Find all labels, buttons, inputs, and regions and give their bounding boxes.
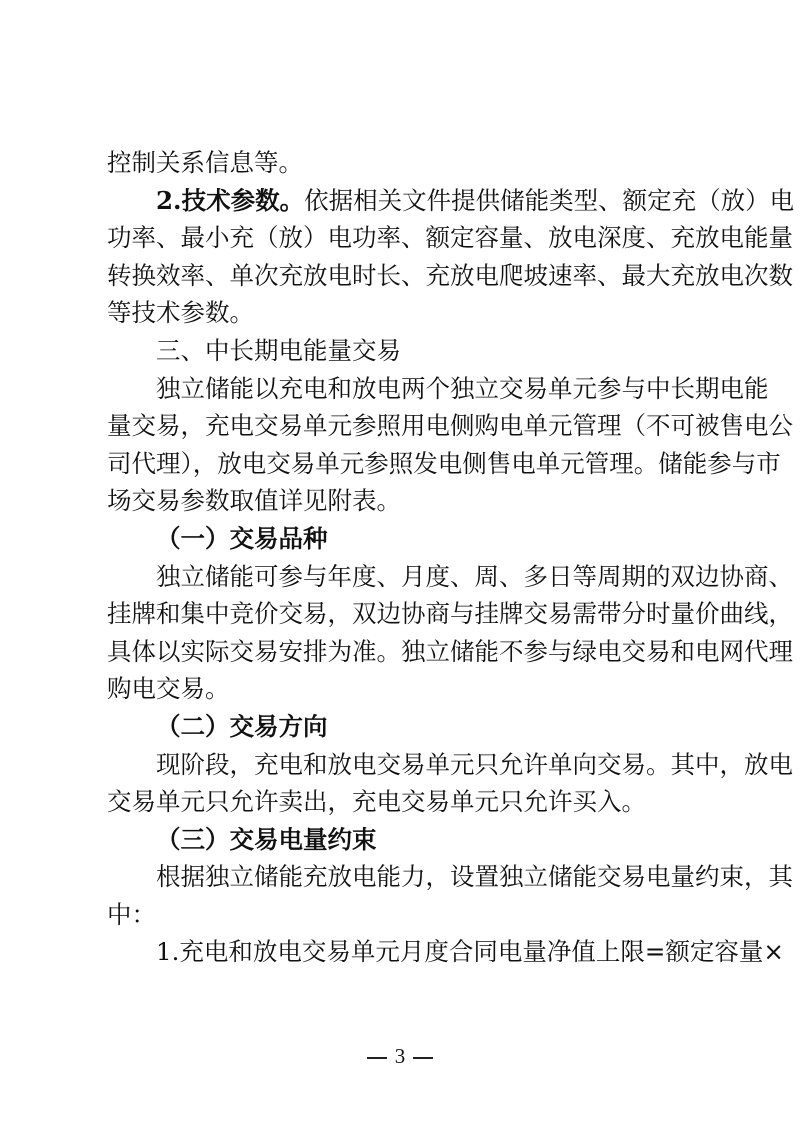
text-line: 控制关系信息等。	[107, 144, 700, 182]
text-line: 中：	[107, 896, 700, 934]
text-line: 购电交易。	[107, 670, 700, 708]
text-line: 独立储能可参与年度、月度、周、多日等周期的双边协商、	[107, 558, 700, 596]
subheading-trade-types: （一）交易品种	[107, 520, 700, 558]
text-line: 司代理），放电交易单元参照发电侧售电单元管理。储能参与市	[107, 445, 700, 483]
text-line: 功率、最小充（放）电功率、额定容量、放电深度、充放电能量	[107, 219, 700, 257]
text-line: 场交易参数取值详见附表。	[107, 482, 700, 520]
item-text: 充电和放电交易单元月度合同电量净值上限=额定容量×	[179, 937, 784, 966]
text-line: 转换效率、单次充放电时长、充放电爬坡速率、最大充放电次数	[107, 257, 700, 295]
footer-dash-left	[367, 1057, 387, 1059]
text-line: 具体以实际交易安排为准。独立储能不参与绿电交易和电网代理	[107, 633, 700, 671]
text-line: 独立储能以充电和放电两个独立交易单元参与中长期电能	[107, 370, 700, 408]
text-line: 量交易，充电交易单元参照用电侧购电单元管理（不可被售电公	[107, 407, 700, 445]
page-footer: 3	[0, 1044, 800, 1069]
text-line: 现阶段，充电和放电交易单元只允许单向交易。其中，放电	[107, 746, 700, 784]
footer-dash-right	[413, 1057, 433, 1059]
text-line: 根据独立储能充放电能力，设置独立储能交易电量约束，其	[107, 858, 700, 896]
item-text: 依据相关文件提供储能类型、额定充（放）电	[304, 186, 794, 215]
page-number: 3	[395, 1044, 406, 1068]
text-line: 交易单元只允许卖出，充电交易单元只允许买入。	[107, 783, 700, 821]
item-number: 1.	[156, 937, 179, 966]
subheading-trade-direction: （二）交易方向	[107, 708, 700, 746]
text-line: 挂牌和集中竞价交易，双边协商与挂牌交易需带分时量价曲线，	[107, 595, 700, 633]
document-page: 控制关系信息等。 2.技术参数。依据相关文件提供储能类型、额定充（放）电 功率、…	[107, 144, 700, 971]
section-heading: 三、中长期电能量交易	[107, 332, 700, 370]
subheading-volume-constraints: （三）交易电量约束	[107, 821, 700, 859]
item-number: 2.	[156, 186, 182, 215]
item-heading-line: 2.技术参数。依据相关文件提供储能类型、额定充（放）电	[107, 182, 700, 220]
text-line: 等技术参数。	[107, 294, 700, 332]
item-title: 技术参数。	[182, 186, 305, 215]
item-line: 1.充电和放电交易单元月度合同电量净值上限=额定容量×	[107, 933, 700, 971]
